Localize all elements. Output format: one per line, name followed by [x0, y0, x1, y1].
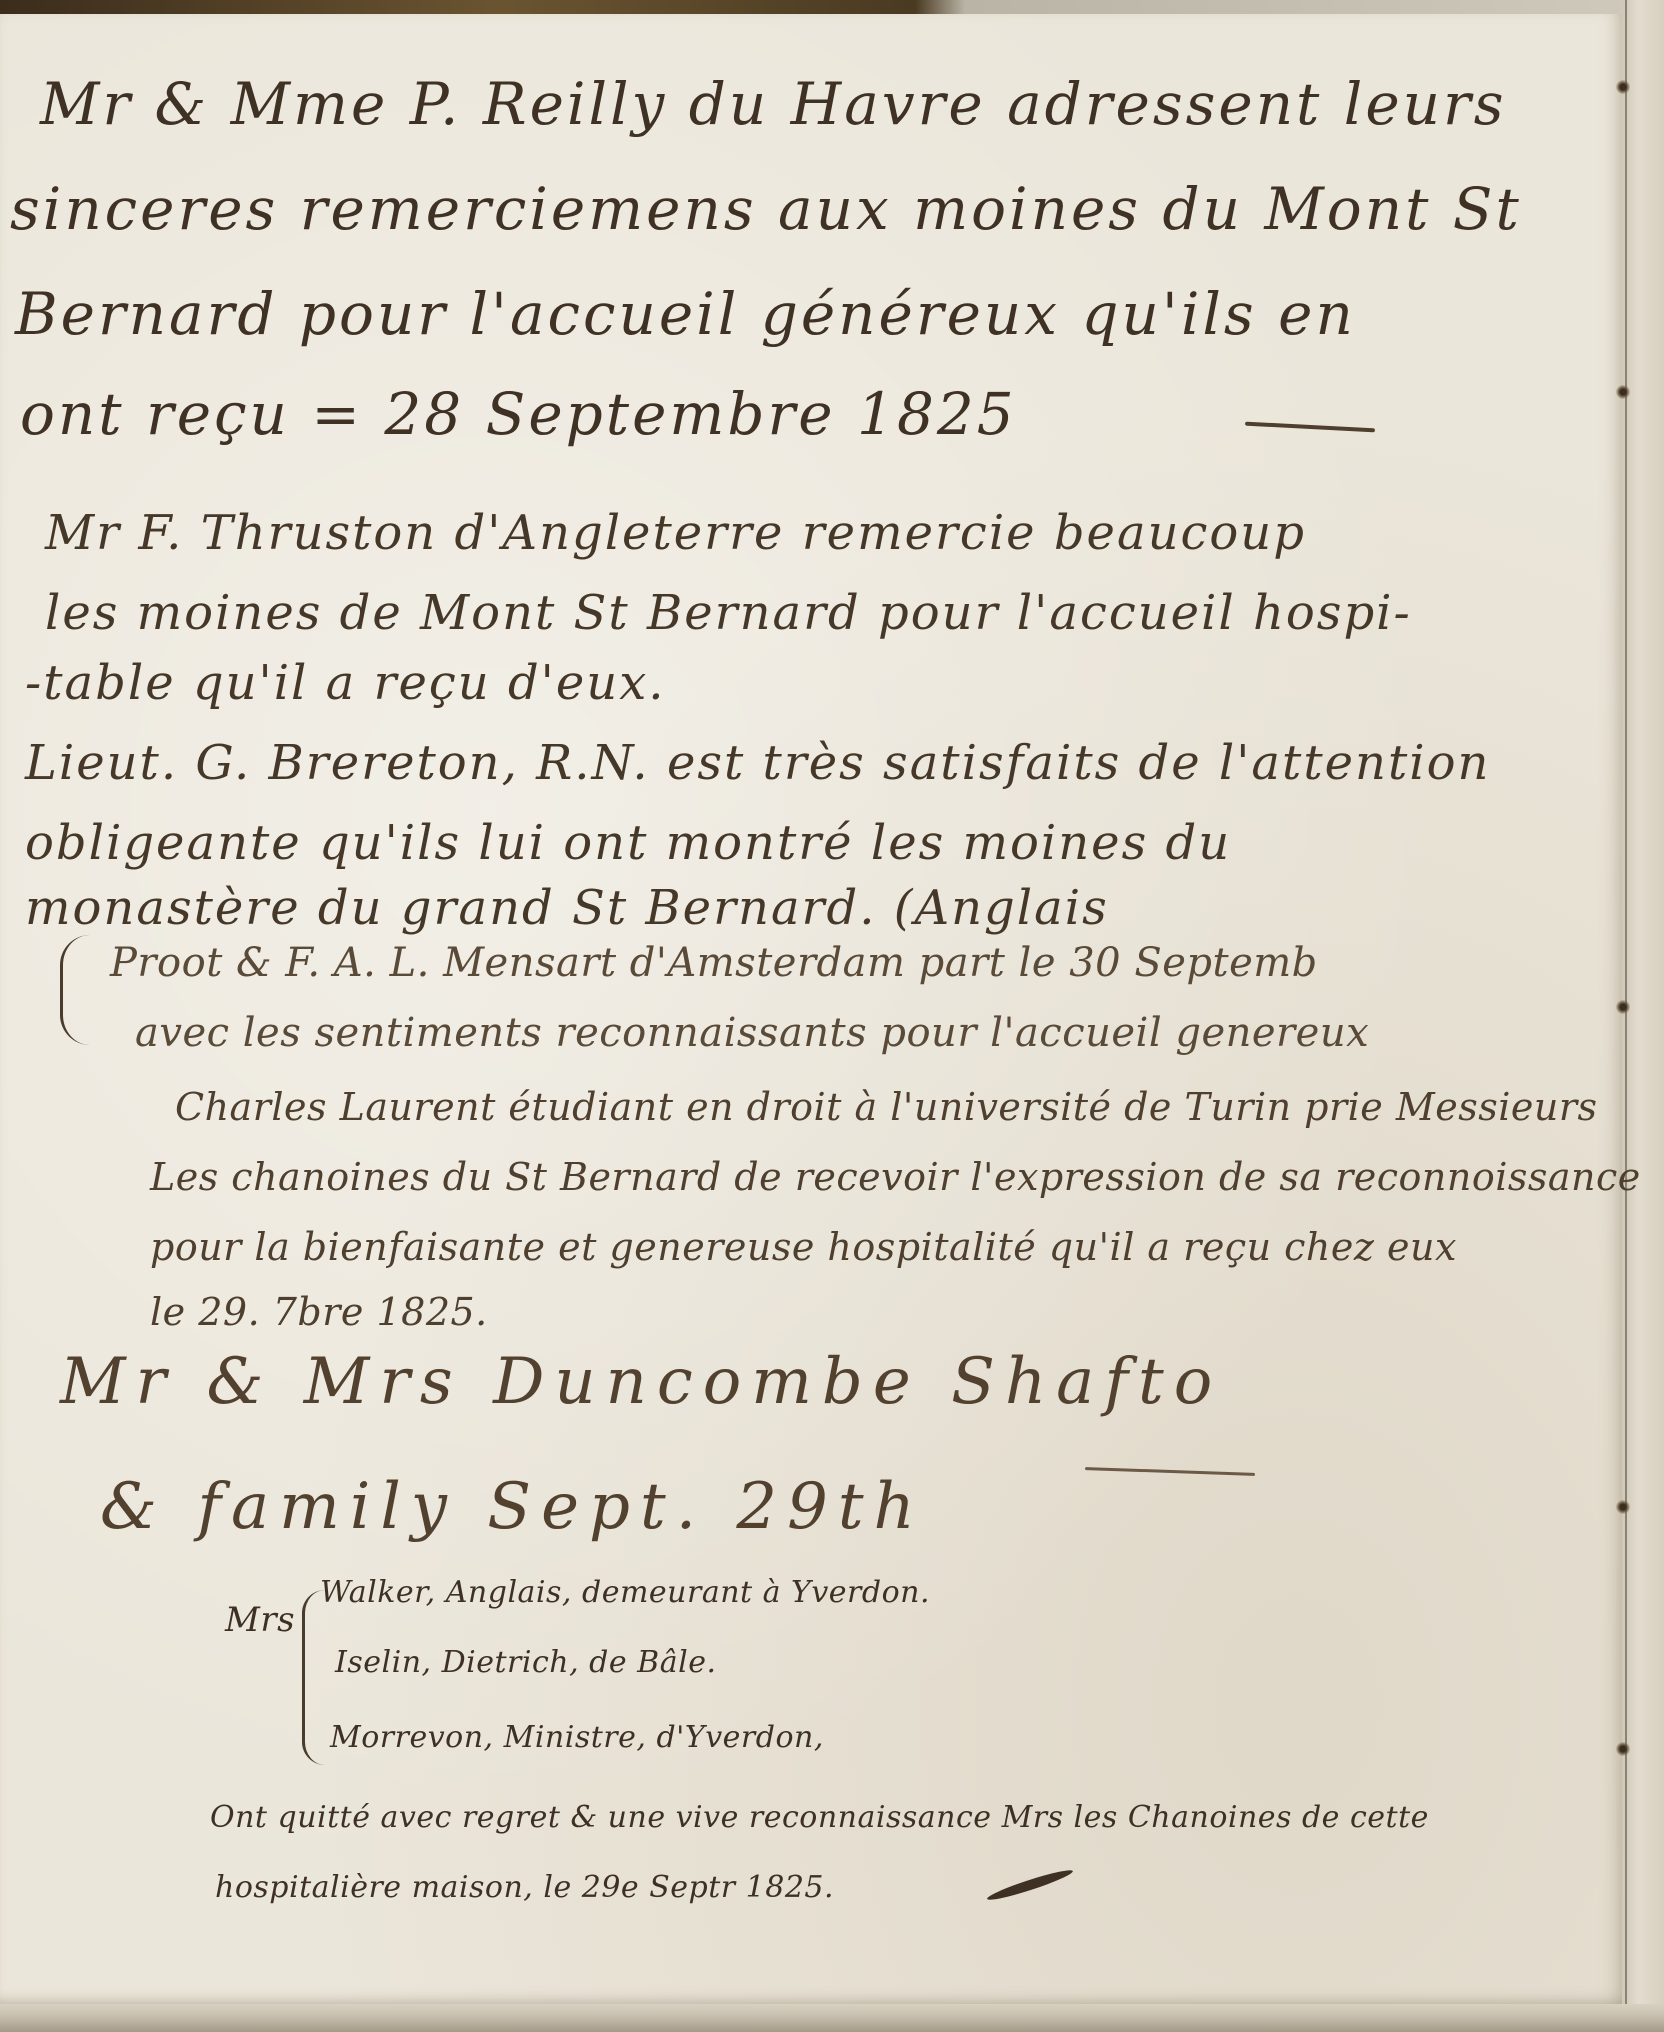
entry-line: Ont quitté avec regret & une vive reconn…: [210, 1800, 1429, 1835]
stitch-hole: [1616, 80, 1630, 94]
stitch-hole: [1616, 1000, 1630, 1014]
entry-line: Mr & Mme P. Reilly du Havre adressent le…: [40, 70, 1507, 138]
stitch-hole: [1616, 1742, 1630, 1756]
entry-line: hospitalière maison, le 29e Septr 1825.: [215, 1870, 834, 1905]
entry-line: Lieut. G. Brereton, R.N. est très satisf…: [25, 735, 1490, 791]
entry-name: Iselin, Dietrich, de Bâle.: [335, 1645, 716, 1680]
entry-line: & family Sept. 29th: [100, 1470, 925, 1544]
entry-line: Mr F. Thruston d'Angleterre remercie bea…: [45, 505, 1306, 561]
binding-line: [1625, 0, 1627, 2032]
stitch-hole: [1616, 385, 1630, 399]
entry-line: Proot & F. A. L. Mensart d'Amsterdam par…: [110, 940, 1318, 986]
entry-line: -table qu'il a reçu d'eux.: [25, 655, 666, 711]
entry-line: avec les sentiments reconnaissants pour …: [135, 1010, 1369, 1056]
page-bottom-edge: [0, 2004, 1664, 2032]
entry-line: Charles Laurent étudiant en droit à l'un…: [175, 1085, 1598, 1129]
entry-line: Mr & Mrs Duncombe Shafto: [60, 1345, 1222, 1419]
binding-gutter: [1622, 0, 1664, 2032]
entry-line: ont reçu = 28 Septembre 1825: [20, 380, 1017, 448]
entry-brace: [302, 1590, 325, 1765]
entry-line: le 29. 7bre 1825.: [150, 1290, 488, 1334]
entry-prefix: Mrs: [225, 1600, 295, 1640]
entry-line: Les chanoines du St Bernard de recevoir …: [150, 1155, 1641, 1199]
entry-line: monastère du grand St Bernard. (Anglais: [25, 880, 1109, 936]
entry-line: pour la bienfaisante et genereuse hospit…: [150, 1225, 1457, 1269]
entry-name: Morrevon, Ministre, d'Yverdon,: [330, 1720, 824, 1755]
entry-brace: [60, 935, 93, 1045]
entry-name: Walker, Anglais, demeurant à Yverdon.: [320, 1575, 930, 1610]
stitch-hole: [1616, 1500, 1630, 1514]
entry-line: Bernard pour l'accueil généreux qu'ils e…: [15, 280, 1356, 348]
entry-line: obligeante qu'ils lui ont montré les moi…: [25, 815, 1231, 871]
entry-line: sinceres remerciemens aux moines du Mont…: [10, 175, 1522, 243]
entry-line: les moines de Mont St Bernard pour l'acc…: [45, 585, 1412, 641]
